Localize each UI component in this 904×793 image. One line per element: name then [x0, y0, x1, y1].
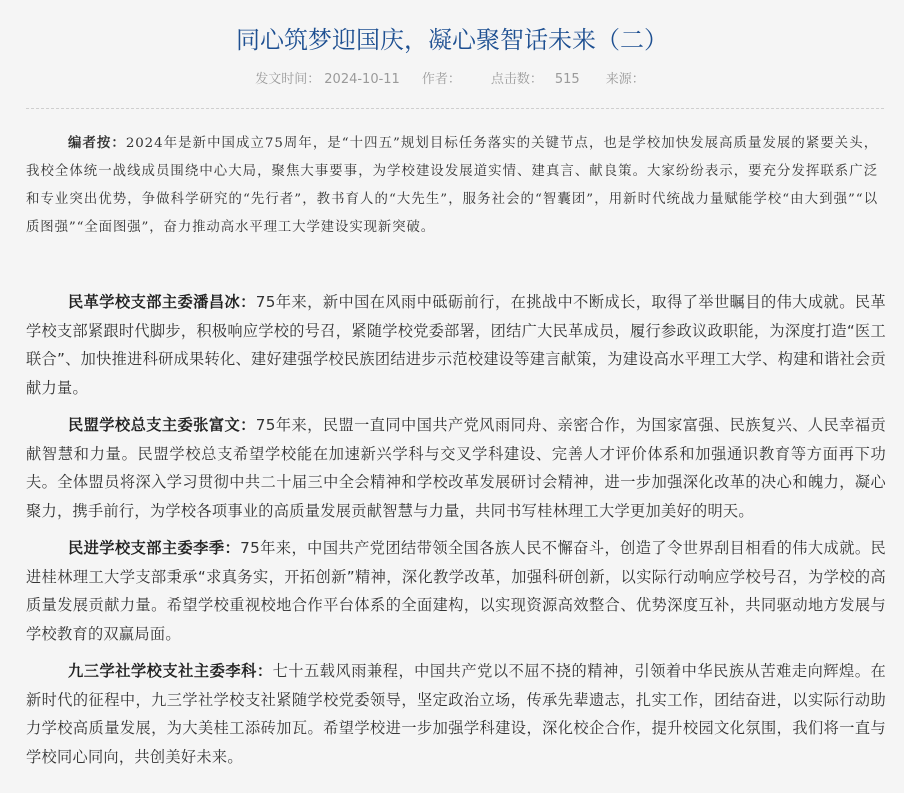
- clicks-value: 515: [555, 70, 580, 90]
- paragraph-minmeng: 民盟学校总支主委张富文：75年来，民盟一直同中国共产党风雨同舟、亲密合作，为国家…: [26, 411, 886, 525]
- author-label: 作者：: [422, 70, 461, 90]
- article-meta: 发文时间：2024-10-11作者：点击数：515来源：: [0, 70, 904, 90]
- clicks-label: 点击数：: [491, 70, 543, 90]
- speaker-name: 民进学校支部主委李季：: [68, 539, 240, 557]
- editor-note-label: 编者按：: [68, 135, 126, 151]
- editor-note: 编者按：2024年是新中国成立75周年，是“十四五”规划目标任务落实的关键节点，…: [26, 129, 878, 242]
- article-body: 民革学校支部主委潘昌冰：75年来，新中国在风雨中砥砺前行，在挑战中不断成长，取得…: [26, 288, 886, 780]
- paragraph-minge: 民革学校支部主委潘昌冰：75年来，新中国在风雨中砥砺前行，在挑战中不断成长，取得…: [26, 288, 886, 402]
- speaker-name: 民革学校支部主委潘昌冰：: [68, 293, 256, 311]
- editor-note-text: 2024年是新中国成立75周年，是“十四五”规划目标任务落实的关键节点，也是学校…: [26, 136, 878, 235]
- speaker-name: 九三学社学校支社主委李科：: [68, 662, 273, 680]
- paragraph-jiusan: 九三学社学校支社主委李科：七十五载风雨兼程，中国共产党以不屈不挠的精神，引领着中…: [26, 657, 886, 771]
- source-label: 来源：: [606, 70, 645, 90]
- speaker-name: 民盟学校总支主委张富文：: [68, 416, 256, 434]
- divider: [26, 108, 884, 109]
- paragraph-minjin: 民进学校支部主委李季：75年来，中国共产党团结带领全国各族人民不懈奋斗，创造了令…: [26, 534, 886, 648]
- article-title: 同心筑梦迎国庆，凝心聚智话未来（二）: [0, 22, 904, 58]
- date-label: 发文时间：: [255, 70, 320, 90]
- date-value: 2024-10-11: [324, 70, 400, 90]
